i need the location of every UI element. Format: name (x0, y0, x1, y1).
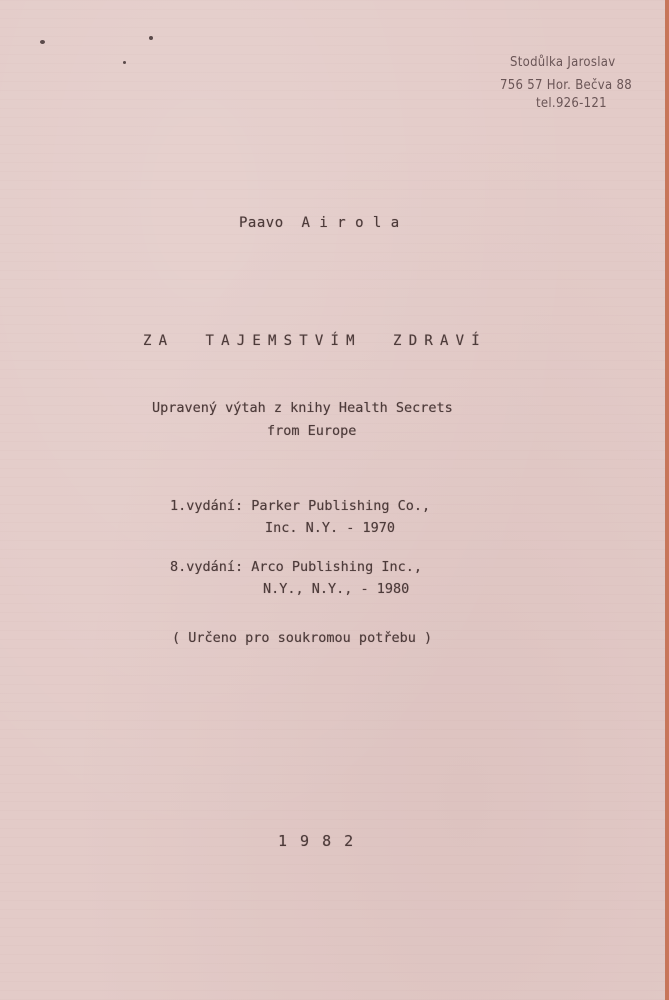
paper-speck (123, 61, 126, 64)
book-title: ZA TAJEMSTVÍM ZDRAVÍ (143, 333, 487, 349)
owner-stamp-phone: tel.926-121 (536, 96, 607, 111)
edition-8-line-2: N.Y., N.Y., - 1980 (263, 581, 409, 597)
paper-edge (665, 0, 669, 1000)
author-name: Paavo A i r o l a (239, 215, 400, 231)
owner-stamp-address: 756 57 Hor. Bečva 88 (500, 78, 632, 93)
owner-stamp-name: Stodůlka Jaroslav (510, 55, 616, 70)
edition-1-line-2: Inc. N.Y. - 1970 (265, 520, 395, 536)
edition-1-line-1: 1.vydání: Parker Publishing Co., (170, 498, 430, 514)
paper-speck (149, 36, 153, 40)
paper-speck (40, 40, 45, 44)
typewritten-title-page: Stodůlka Jaroslav 756 57 Hor. Bečva 88 t… (0, 0, 665, 1000)
publication-year: 1 9 8 2 (278, 832, 355, 850)
subtitle-line-2: from Europe (267, 423, 356, 439)
subtitle-line-1: Upravený výtah z knihy Health Secrets (152, 400, 453, 416)
edition-8-line-1: 8.vydání: Arco Publishing Inc., (170, 559, 422, 575)
private-use-note: ( Určeno pro soukromou potřebu ) (172, 630, 432, 646)
